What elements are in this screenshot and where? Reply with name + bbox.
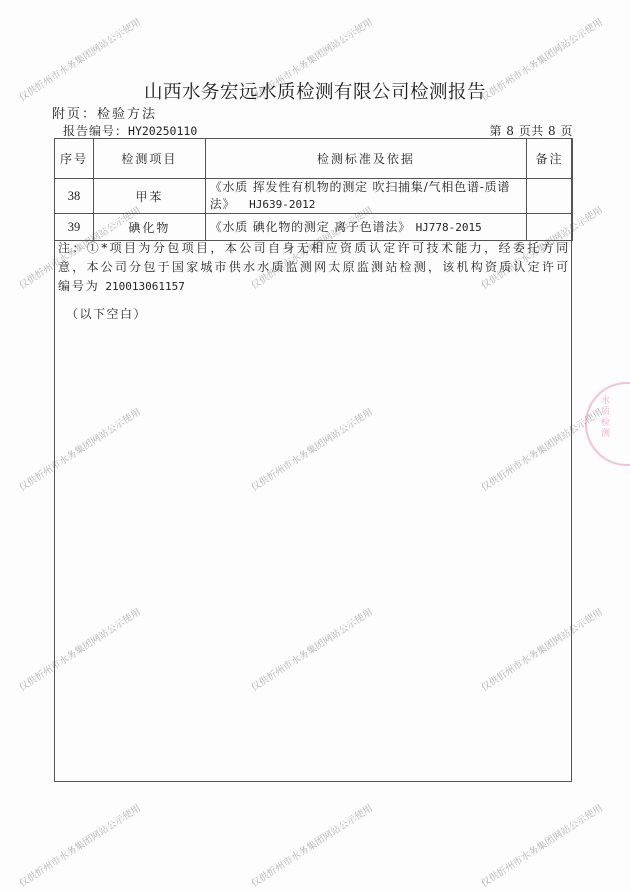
row-number: 39	[55, 214, 94, 241]
standard-code: HJ778-2015	[416, 221, 482, 234]
row-number: 38	[55, 179, 94, 214]
report-number-label: 报告编号：	[63, 124, 128, 138]
header-seq: 序号	[55, 139, 94, 179]
table-row: 39 碘化物 《水质 碘化物的测定 离子色谱法》 HJ778-2015	[55, 214, 573, 241]
subcontract-note: 注：①*项目为分包项目，本公司自身无相应资质认定许可技术能力，经委托方同意，本公…	[58, 239, 570, 296]
table-header-row: 序号 检测项目 检测标准及依据 备注	[55, 139, 573, 179]
standard-code: HJ639-2012	[249, 198, 315, 211]
watermark: 仅供忻州市水务集团网站公示使用	[16, 800, 143, 889]
page-indicator: 第 8 页共 8 页	[489, 122, 573, 139]
blank-below-marker: （以下空白）	[66, 305, 147, 322]
stamp-text: 水质检测	[601, 396, 613, 440]
report-title: 山西水务宏远水质检测有限公司检测报告	[0, 78, 630, 104]
header-item: 检测项目	[93, 139, 205, 179]
row-standard: 《水质 碘化物的测定 离子色谱法》 HJ778-2015	[205, 214, 526, 241]
row-remark	[527, 214, 573, 241]
official-seal-stamp: 水质检测	[585, 382, 630, 466]
header-remark: 备注	[527, 139, 573, 179]
row-item: 甲苯	[93, 179, 205, 214]
watermark: 仅供忻州市水务集团网站公示使用	[478, 800, 605, 889]
row-remark	[527, 179, 573, 214]
appendix-heading: 附页：检验方法	[52, 103, 157, 122]
report-number: 报告编号：HY20250110	[63, 122, 197, 139]
row-item: 碘化物	[93, 214, 205, 241]
license-number: 210013061157	[105, 280, 184, 293]
row-standard: 《水质 挥发性有机物的测定 吹扫捕集/气相色谱-质谱法》 HJ639-2012	[205, 179, 526, 214]
report-number-value: HY20250110	[128, 124, 197, 138]
table-row: 38 甲苯 《水质 挥发性有机物的测定 吹扫捕集/气相色谱-质谱法》 HJ639…	[55, 179, 573, 214]
header-standard: 检测标准及依据	[205, 139, 526, 179]
methods-table: 序号 检测项目 检测标准及依据 备注 38 甲苯 《水质 挥发性有机物的测定 吹…	[54, 138, 573, 241]
watermark: 仅供忻州市水务集团网站公示使用	[248, 800, 375, 889]
standard-text: 《水质 碘化物的测定 离子色谱法》	[210, 220, 411, 234]
